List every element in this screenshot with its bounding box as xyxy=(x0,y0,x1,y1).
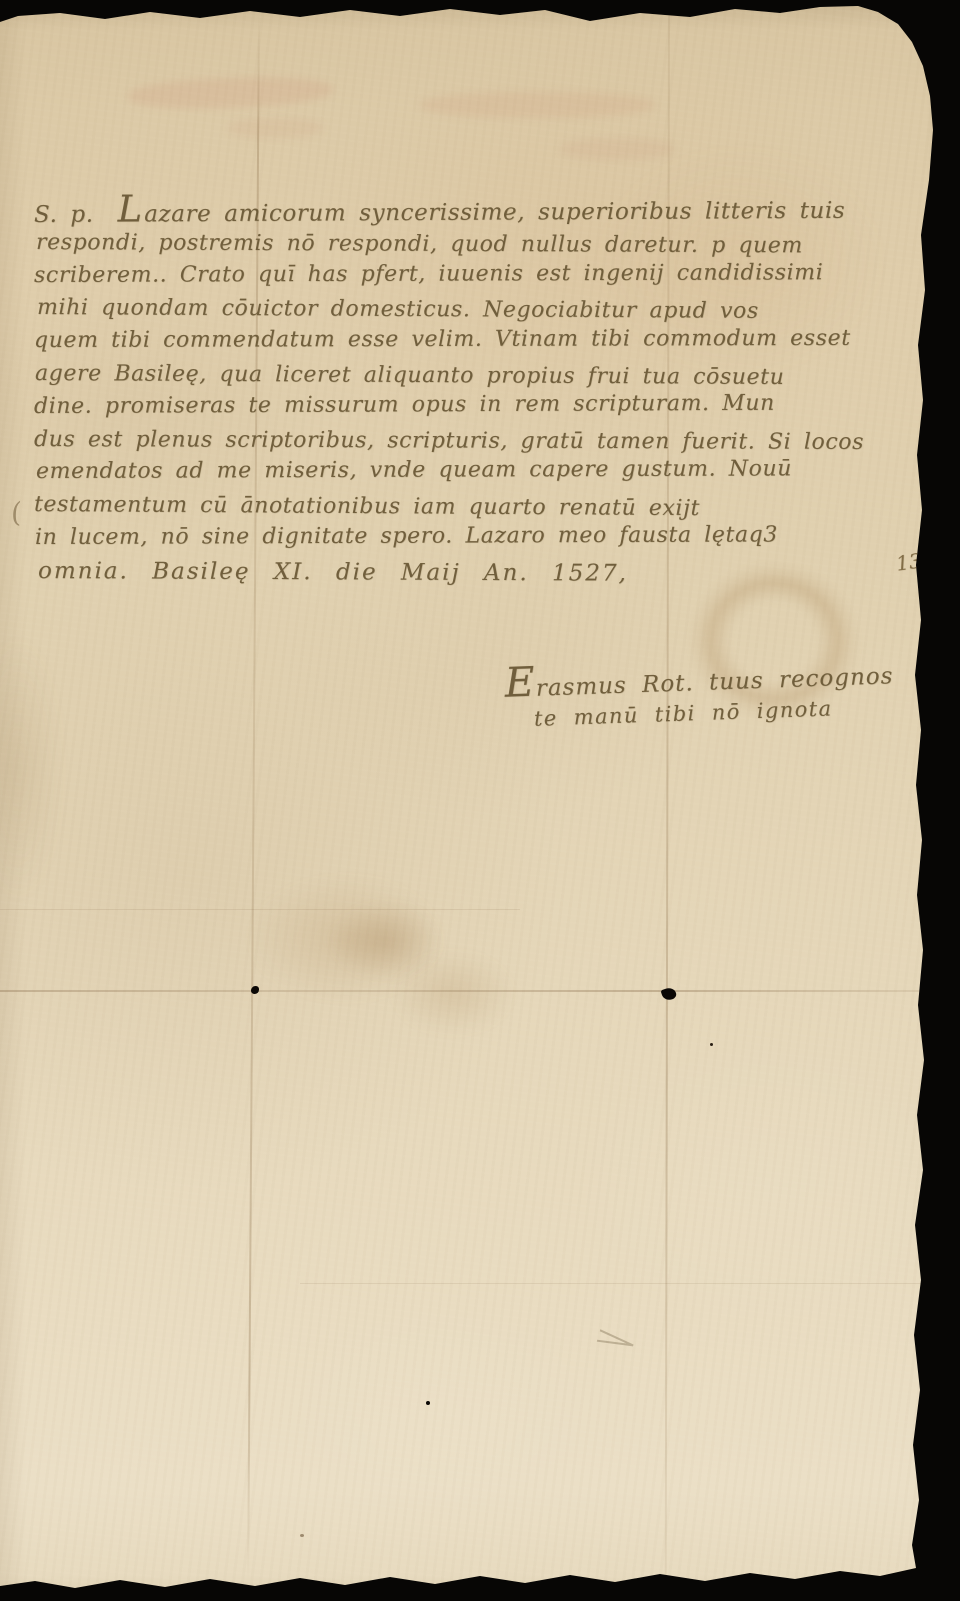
manuscript-line: emendatos ad me miseris, vnde queam cape… xyxy=(36,453,924,489)
manuscript-line: scriberem.. Crato quī has pfert, iuuenis… xyxy=(34,256,922,292)
salutation-text: azare amicorum syncerissime, superioribu… xyxy=(144,198,845,228)
letter-body: S. p.Lazare amicorum syncerissime, super… xyxy=(34,194,922,588)
signature-block: Erasmus Rot. tuus recognos te manū tibi … xyxy=(504,645,895,732)
signature-initial: E xyxy=(504,658,537,707)
manuscript-page: 13 ( > S. p.Lazare amicorum syncerissime… xyxy=(0,0,960,1601)
manuscript-line: in lucem, nō sine dignitate spero. Lazar… xyxy=(35,519,923,555)
salutation-abbreviation: S. p. xyxy=(34,202,94,228)
manuscript-line: quem tibi commendatum esse velim. Vtinam… xyxy=(34,323,922,358)
manuscript-line: dine. promiseras te missurum opus in rem… xyxy=(34,387,922,424)
addressee-initial: L xyxy=(117,187,144,230)
manuscript-line-salutation: S. p.Lazare amicorum syncerissime, super… xyxy=(34,189,922,226)
photograph-background: { "scene": { "background_color": "#07060… xyxy=(0,0,960,1601)
manuscript-line-dateline: omnia. Basileę XI. die Maij An. 1527, xyxy=(38,555,926,592)
